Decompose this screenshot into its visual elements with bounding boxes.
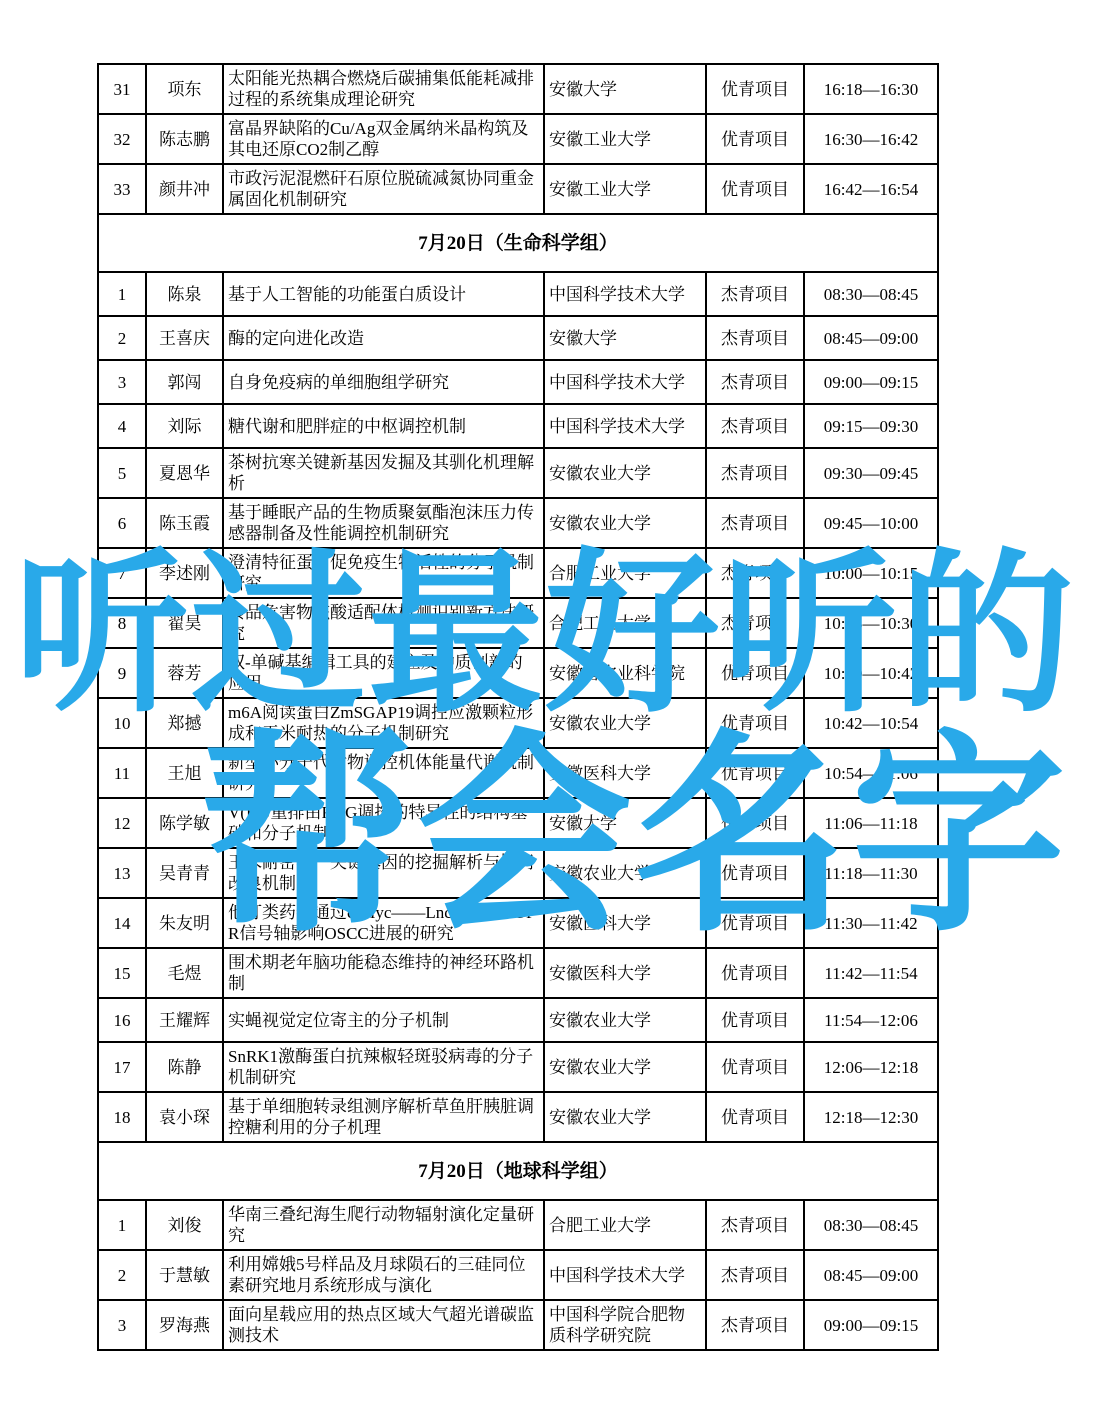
time-slot-cell: 11:54—12:06	[804, 998, 938, 1042]
table-row: 15 毛煜 围术期老年脑功能稳态维持的神经环路机制 安徽医科大学 优青项目 11…	[98, 948, 938, 998]
talk-title-cell: 玉米耐密丰产关键基因的挖掘解析与协同改良机制	[223, 848, 544, 898]
time-slot-cell: 10:15—10:30	[804, 598, 938, 648]
presenter-name-cell: 蓉芳	[146, 648, 223, 698]
project-type-cell: 优青项目	[706, 1042, 804, 1092]
table-row: 2 王喜庆 酶的定向进化改造 安徽大学 杰青项目 08:45—09:00	[98, 316, 938, 360]
time-slot-cell: 10:42—10:54	[804, 698, 938, 748]
talk-title-cell: 新型小分子代谢物调控机体能量代谢机制研究	[223, 748, 544, 798]
time-slot-cell: 12:06—12:18	[804, 1042, 938, 1092]
talk-title-cell: 围术期老年脑功能稳态维持的神经环路机制	[223, 948, 544, 998]
talk-title-cell: 食品危害物核酸适配体检测识别新方法研究	[223, 598, 544, 648]
university-cell: 安徽工业大学	[544, 114, 706, 164]
row-number-cell: 31	[98, 64, 146, 114]
talk-title-cell: 糖代谢和肥胖症的中枢调控机制	[223, 404, 544, 448]
talk-title-cell: 实蝇视觉定位寄主的分子机制	[223, 998, 544, 1042]
row-number-cell: 15	[98, 948, 146, 998]
university-cell: 安徽农业大学	[544, 1042, 706, 1092]
row-number-cell: 8	[98, 598, 146, 648]
university-cell: 安徽大学	[544, 798, 706, 848]
row-number-cell: 1	[98, 272, 146, 316]
time-slot-cell: 12:18—12:30	[804, 1092, 938, 1142]
project-type-cell: 优青项目	[706, 1092, 804, 1142]
university-cell: 中国科学院合肥物质科学研究院	[544, 1300, 706, 1350]
presenter-name-cell: 刘际	[146, 404, 223, 448]
table-row: 31 项东 太阳能光热耦合燃烧后碳捕集低能耗减排过程的系统集成理论研究 安徽大学…	[98, 64, 938, 114]
table-row: 12 陈学敏 V(D)J重排由RAG调控的特异性的结构基础和分子机制 安徽大学 …	[98, 798, 938, 848]
table-row: 3 罗海燕 面向星载应用的热点区域大气超光谱碳监测技术 中国科学院合肥物质科学研…	[98, 1300, 938, 1350]
time-slot-cell: 08:30—08:45	[804, 1200, 938, 1250]
time-slot-cell: 08:45—09:00	[804, 316, 938, 360]
presenter-name-cell: 罗海燕	[146, 1300, 223, 1350]
presenter-name-cell: 郑撼	[146, 698, 223, 748]
presenter-name-cell: 毛煜	[146, 948, 223, 998]
table-row: 16 王耀辉 实蝇视觉定位寄主的分子机制 安徽农业大学 优青项目 11:54—1…	[98, 998, 938, 1042]
time-slot-cell: 11:30—11:42	[804, 898, 938, 948]
time-slot-cell: 09:00—09:15	[804, 1300, 938, 1350]
row-number-cell: 3	[98, 360, 146, 404]
time-slot-cell: 09:30—09:45	[804, 448, 938, 498]
table-row: 10 郑撼 m6A阅读蛋白ZmSGAP19调控应激颗粒形成和玉米耐热的分子机制研…	[98, 698, 938, 748]
row-number-cell: 10	[98, 698, 146, 748]
talk-title-cell: SnRK1激酶蛋白抗辣椒轻斑驳病毒的分子机制研究	[223, 1042, 544, 1092]
row-number-cell: 1	[98, 1200, 146, 1250]
presenter-name-cell: 陈泉	[146, 272, 223, 316]
university-cell: 安徽工业大学	[544, 164, 706, 214]
project-type-cell: 优青项目	[706, 998, 804, 1042]
table-row: 9 蓉芳 双-单碱基编辑工具的建立及种质创新的应用 安徽省农业科学院 优青项目 …	[98, 648, 938, 698]
university-cell: 合肥工业大学	[544, 598, 706, 648]
time-slot-cell: 16:18—16:30	[804, 64, 938, 114]
project-type-cell: 杰青项目	[706, 1250, 804, 1300]
presenter-name-cell: 王喜庆	[146, 316, 223, 360]
university-cell: 安徽医科大学	[544, 748, 706, 798]
schedule-table: 31 项东 太阳能光热耦合燃烧后碳捕集低能耗减排过程的系统集成理论研究 安徽大学…	[97, 63, 939, 1351]
presenter-name-cell: 陈志鹏	[146, 114, 223, 164]
project-type-cell: 优青项目	[706, 848, 804, 898]
university-cell: 安徽农业大学	[544, 998, 706, 1042]
presenter-name-cell: 陈学敏	[146, 798, 223, 848]
presenter-name-cell: 翟昊	[146, 598, 223, 648]
row-number-cell: 12	[98, 798, 146, 848]
university-cell: 安徽农业大学	[544, 848, 706, 898]
talk-title-cell: 茶树抗寒关键新基因发掘及其驯化机理解析	[223, 448, 544, 498]
talk-title-cell: 利用嫦娥5号样品及月球陨石的三硅同位素研究地月系统形成与演化	[223, 1250, 544, 1300]
row-number-cell: 33	[98, 164, 146, 214]
time-slot-cell: 11:06—11:18	[804, 798, 938, 848]
talk-title-cell: 基于单细胞转录组测序解析草鱼肝胰脏调控糖利用的分子机理	[223, 1092, 544, 1142]
row-number-cell: 17	[98, 1042, 146, 1092]
talk-title-cell: 面向星载应用的热点区域大气超光谱碳监测技术	[223, 1300, 544, 1350]
section-header-row: 7月20日（生命科学组）	[98, 214, 938, 272]
row-number-cell: 2	[98, 1250, 146, 1300]
project-type-cell: 杰青项目	[706, 1200, 804, 1250]
talk-title-cell: m6A阅读蛋白ZmSGAP19调控应激颗粒形成和玉米耐热的分子机制研究	[223, 698, 544, 748]
talk-title-cell: 华南三叠纪海生爬行动物辐射演化定量研究	[223, 1200, 544, 1250]
table-row: 3 郭闯 自身免疫病的单细胞组学研究 中国科学技术大学 杰青项目 09:00—0…	[98, 360, 938, 404]
university-cell: 中国科学技术大学	[544, 360, 706, 404]
project-type-cell: 杰青项目	[706, 316, 804, 360]
table-row: 6 陈玉霞 基于睡眠产品的生物质聚氨酯泡沫压力传感器制备及性能调控机制研究 安徽…	[98, 498, 938, 548]
university-cell: 安徽医科大学	[544, 898, 706, 948]
time-slot-cell: 09:45—10:00	[804, 498, 938, 548]
university-cell: 中国科学技术大学	[544, 272, 706, 316]
row-number-cell: 32	[98, 114, 146, 164]
row-number-cell: 7	[98, 548, 146, 598]
row-number-cell: 13	[98, 848, 146, 898]
document-page: 31 项东 太阳能光热耦合燃烧后碳捕集低能耗减排过程的系统集成理论研究 安徽大学…	[0, 0, 1103, 1404]
talk-title-cell: 他汀类药物通过c-Myc——LncRNA CROPR信号轴影响OSCC进展的研究	[223, 898, 544, 948]
university-cell: 合肥工业大学	[544, 1200, 706, 1250]
project-type-cell: 优青项目	[706, 798, 804, 848]
university-cell: 安徽农业大学	[544, 448, 706, 498]
talk-title-cell: V(D)J重排由RAG调控的特异性的结构基础和分子机制	[223, 798, 544, 848]
presenter-name-cell: 夏恩华	[146, 448, 223, 498]
time-slot-cell: 11:18—11:30	[804, 848, 938, 898]
row-number-cell: 6	[98, 498, 146, 548]
section-date-group: 7月20日（生命科学组）	[98, 214, 938, 272]
presenter-name-cell: 李述刚	[146, 548, 223, 598]
table-row: 11 王旭 新型小分子代谢物调控机体能量代谢机制研究 安徽医科大学 优青项目 1…	[98, 748, 938, 798]
presenter-name-cell: 郭闯	[146, 360, 223, 404]
university-cell: 合肥工业大学	[544, 548, 706, 598]
table-row: 7 李述刚 澄清特征蛋白促免疫生物活性的分子机制研究 合肥工业大学 杰青项目 1…	[98, 548, 938, 598]
presenter-name-cell: 朱友明	[146, 898, 223, 948]
row-number-cell: 18	[98, 1092, 146, 1142]
presenter-name-cell: 于慧敏	[146, 1250, 223, 1300]
presenter-name-cell: 王旭	[146, 748, 223, 798]
project-type-cell: 优青项目	[706, 114, 804, 164]
time-slot-cell: 09:15—09:30	[804, 404, 938, 448]
presenter-name-cell: 项东	[146, 64, 223, 114]
project-type-cell: 杰青项目	[706, 498, 804, 548]
table-row: 33 颜井冲 市政污泥混燃矸石原位脱硫减氮协同重金属固化机制研究 安徽工业大学 …	[98, 164, 938, 214]
university-cell: 安徽农业大学	[544, 1092, 706, 1142]
table-row: 4 刘际 糖代谢和肥胖症的中枢调控机制 中国科学技术大学 杰青项目 09:15—…	[98, 404, 938, 448]
table-row: 2 于慧敏 利用嫦娥5号样品及月球陨石的三硅同位素研究地月系统形成与演化 中国科…	[98, 1250, 938, 1300]
time-slot-cell: 09:00—09:15	[804, 360, 938, 404]
project-type-cell: 杰青项目	[706, 1300, 804, 1350]
table-row: 1 刘俊 华南三叠纪海生爬行动物辐射演化定量研究 合肥工业大学 杰青项目 08:…	[98, 1200, 938, 1250]
time-slot-cell: 08:30—08:45	[804, 272, 938, 316]
row-number-cell: 5	[98, 448, 146, 498]
project-type-cell: 杰青项目	[706, 360, 804, 404]
section-date-group: 7月20日（地球科学组）	[98, 1142, 938, 1200]
section-header-row: 7月20日（地球科学组）	[98, 1142, 938, 1200]
university-cell: 安徽医科大学	[544, 948, 706, 998]
presenter-name-cell: 陈静	[146, 1042, 223, 1092]
talk-title-cell: 澄清特征蛋白促免疫生物活性的分子机制研究	[223, 548, 544, 598]
talk-title-cell: 双-单碱基编辑工具的建立及种质创新的应用	[223, 648, 544, 698]
university-cell: 安徽大学	[544, 316, 706, 360]
presenter-name-cell: 王耀辉	[146, 998, 223, 1042]
time-slot-cell: 11:42—11:54	[804, 948, 938, 998]
talk-title-cell: 基于人工智能的功能蛋白质设计	[223, 272, 544, 316]
project-type-cell: 优青项目	[706, 698, 804, 748]
project-type-cell: 杰青项目	[706, 272, 804, 316]
row-number-cell: 11	[98, 748, 146, 798]
presenter-name-cell: 陈玉霞	[146, 498, 223, 548]
project-type-cell: 杰青项目	[706, 404, 804, 448]
talk-title-cell: 市政污泥混燃矸石原位脱硫减氮协同重金属固化机制研究	[223, 164, 544, 214]
talk-title-cell: 自身免疫病的单细胞组学研究	[223, 360, 544, 404]
row-number-cell: 4	[98, 404, 146, 448]
row-number-cell: 2	[98, 316, 146, 360]
project-type-cell: 优青项目	[706, 64, 804, 114]
table-row: 13 吴青青 玉米耐密丰产关键基因的挖掘解析与协同改良机制 安徽农业大学 优青项…	[98, 848, 938, 898]
time-slot-cell: 10:00—10:15	[804, 548, 938, 598]
university-cell: 中国科学技术大学	[544, 1250, 706, 1300]
presenter-name-cell: 刘俊	[146, 1200, 223, 1250]
table-row: 18 袁小琛 基于单细胞转录组测序解析草鱼肝胰脏调控糖利用的分子机理 安徽农业大…	[98, 1092, 938, 1142]
university-cell: 中国科学技术大学	[544, 404, 706, 448]
table-row: 17 陈静 SnRK1激酶蛋白抗辣椒轻斑驳病毒的分子机制研究 安徽农业大学 优青…	[98, 1042, 938, 1092]
project-type-cell: 杰青项目	[706, 448, 804, 498]
talk-title-cell: 太阳能光热耦合燃烧后碳捕集低能耗减排过程的系统集成理论研究	[223, 64, 544, 114]
project-type-cell: 杰青项目	[706, 548, 804, 598]
table-row: 1 陈泉 基于人工智能的功能蛋白质设计 中国科学技术大学 杰青项目 08:30—…	[98, 272, 938, 316]
university-cell: 安徽省农业科学院	[544, 648, 706, 698]
presenter-name-cell: 吴青青	[146, 848, 223, 898]
table-row: 5 夏恩华 茶树抗寒关键新基因发掘及其驯化机理解析 安徽农业大学 杰青项目 09…	[98, 448, 938, 498]
row-number-cell: 16	[98, 998, 146, 1042]
time-slot-cell: 10:54—11:06	[804, 748, 938, 798]
row-number-cell: 14	[98, 898, 146, 948]
university-cell: 安徽农业大学	[544, 698, 706, 748]
time-slot-cell: 10:30—10:42	[804, 648, 938, 698]
university-cell: 安徽大学	[544, 64, 706, 114]
time-slot-cell: 08:45—09:00	[804, 1250, 938, 1300]
talk-title-cell: 富晶界缺陷的Cu/Ag双金属纳米晶构筑及其电还原CO2制乙醇	[223, 114, 544, 164]
presenter-name-cell: 袁小琛	[146, 1092, 223, 1142]
project-type-cell: 优青项目	[706, 164, 804, 214]
project-type-cell: 优青项目	[706, 648, 804, 698]
row-number-cell: 3	[98, 1300, 146, 1350]
table-row: 14 朱友明 他汀类药物通过c-Myc——LncRNA CROPR信号轴影响OS…	[98, 898, 938, 948]
time-slot-cell: 16:30—16:42	[804, 114, 938, 164]
project-type-cell: 优青项目	[706, 898, 804, 948]
table-row: 8 翟昊 食品危害物核酸适配体检测识别新方法研究 合肥工业大学 杰青项目 10:…	[98, 598, 938, 648]
presenter-name-cell: 颜井冲	[146, 164, 223, 214]
talk-title-cell: 基于睡眠产品的生物质聚氨酯泡沫压力传感器制备及性能调控机制研究	[223, 498, 544, 548]
project-type-cell: 优青项目	[706, 948, 804, 998]
project-type-cell: 优青项目	[706, 748, 804, 798]
row-number-cell: 9	[98, 648, 146, 698]
talk-title-cell: 酶的定向进化改造	[223, 316, 544, 360]
project-type-cell: 杰青项目	[706, 598, 804, 648]
university-cell: 安徽农业大学	[544, 498, 706, 548]
time-slot-cell: 16:42—16:54	[804, 164, 938, 214]
table-row: 32 陈志鹏 富晶界缺陷的Cu/Ag双金属纳米晶构筑及其电还原CO2制乙醇 安徽…	[98, 114, 938, 164]
